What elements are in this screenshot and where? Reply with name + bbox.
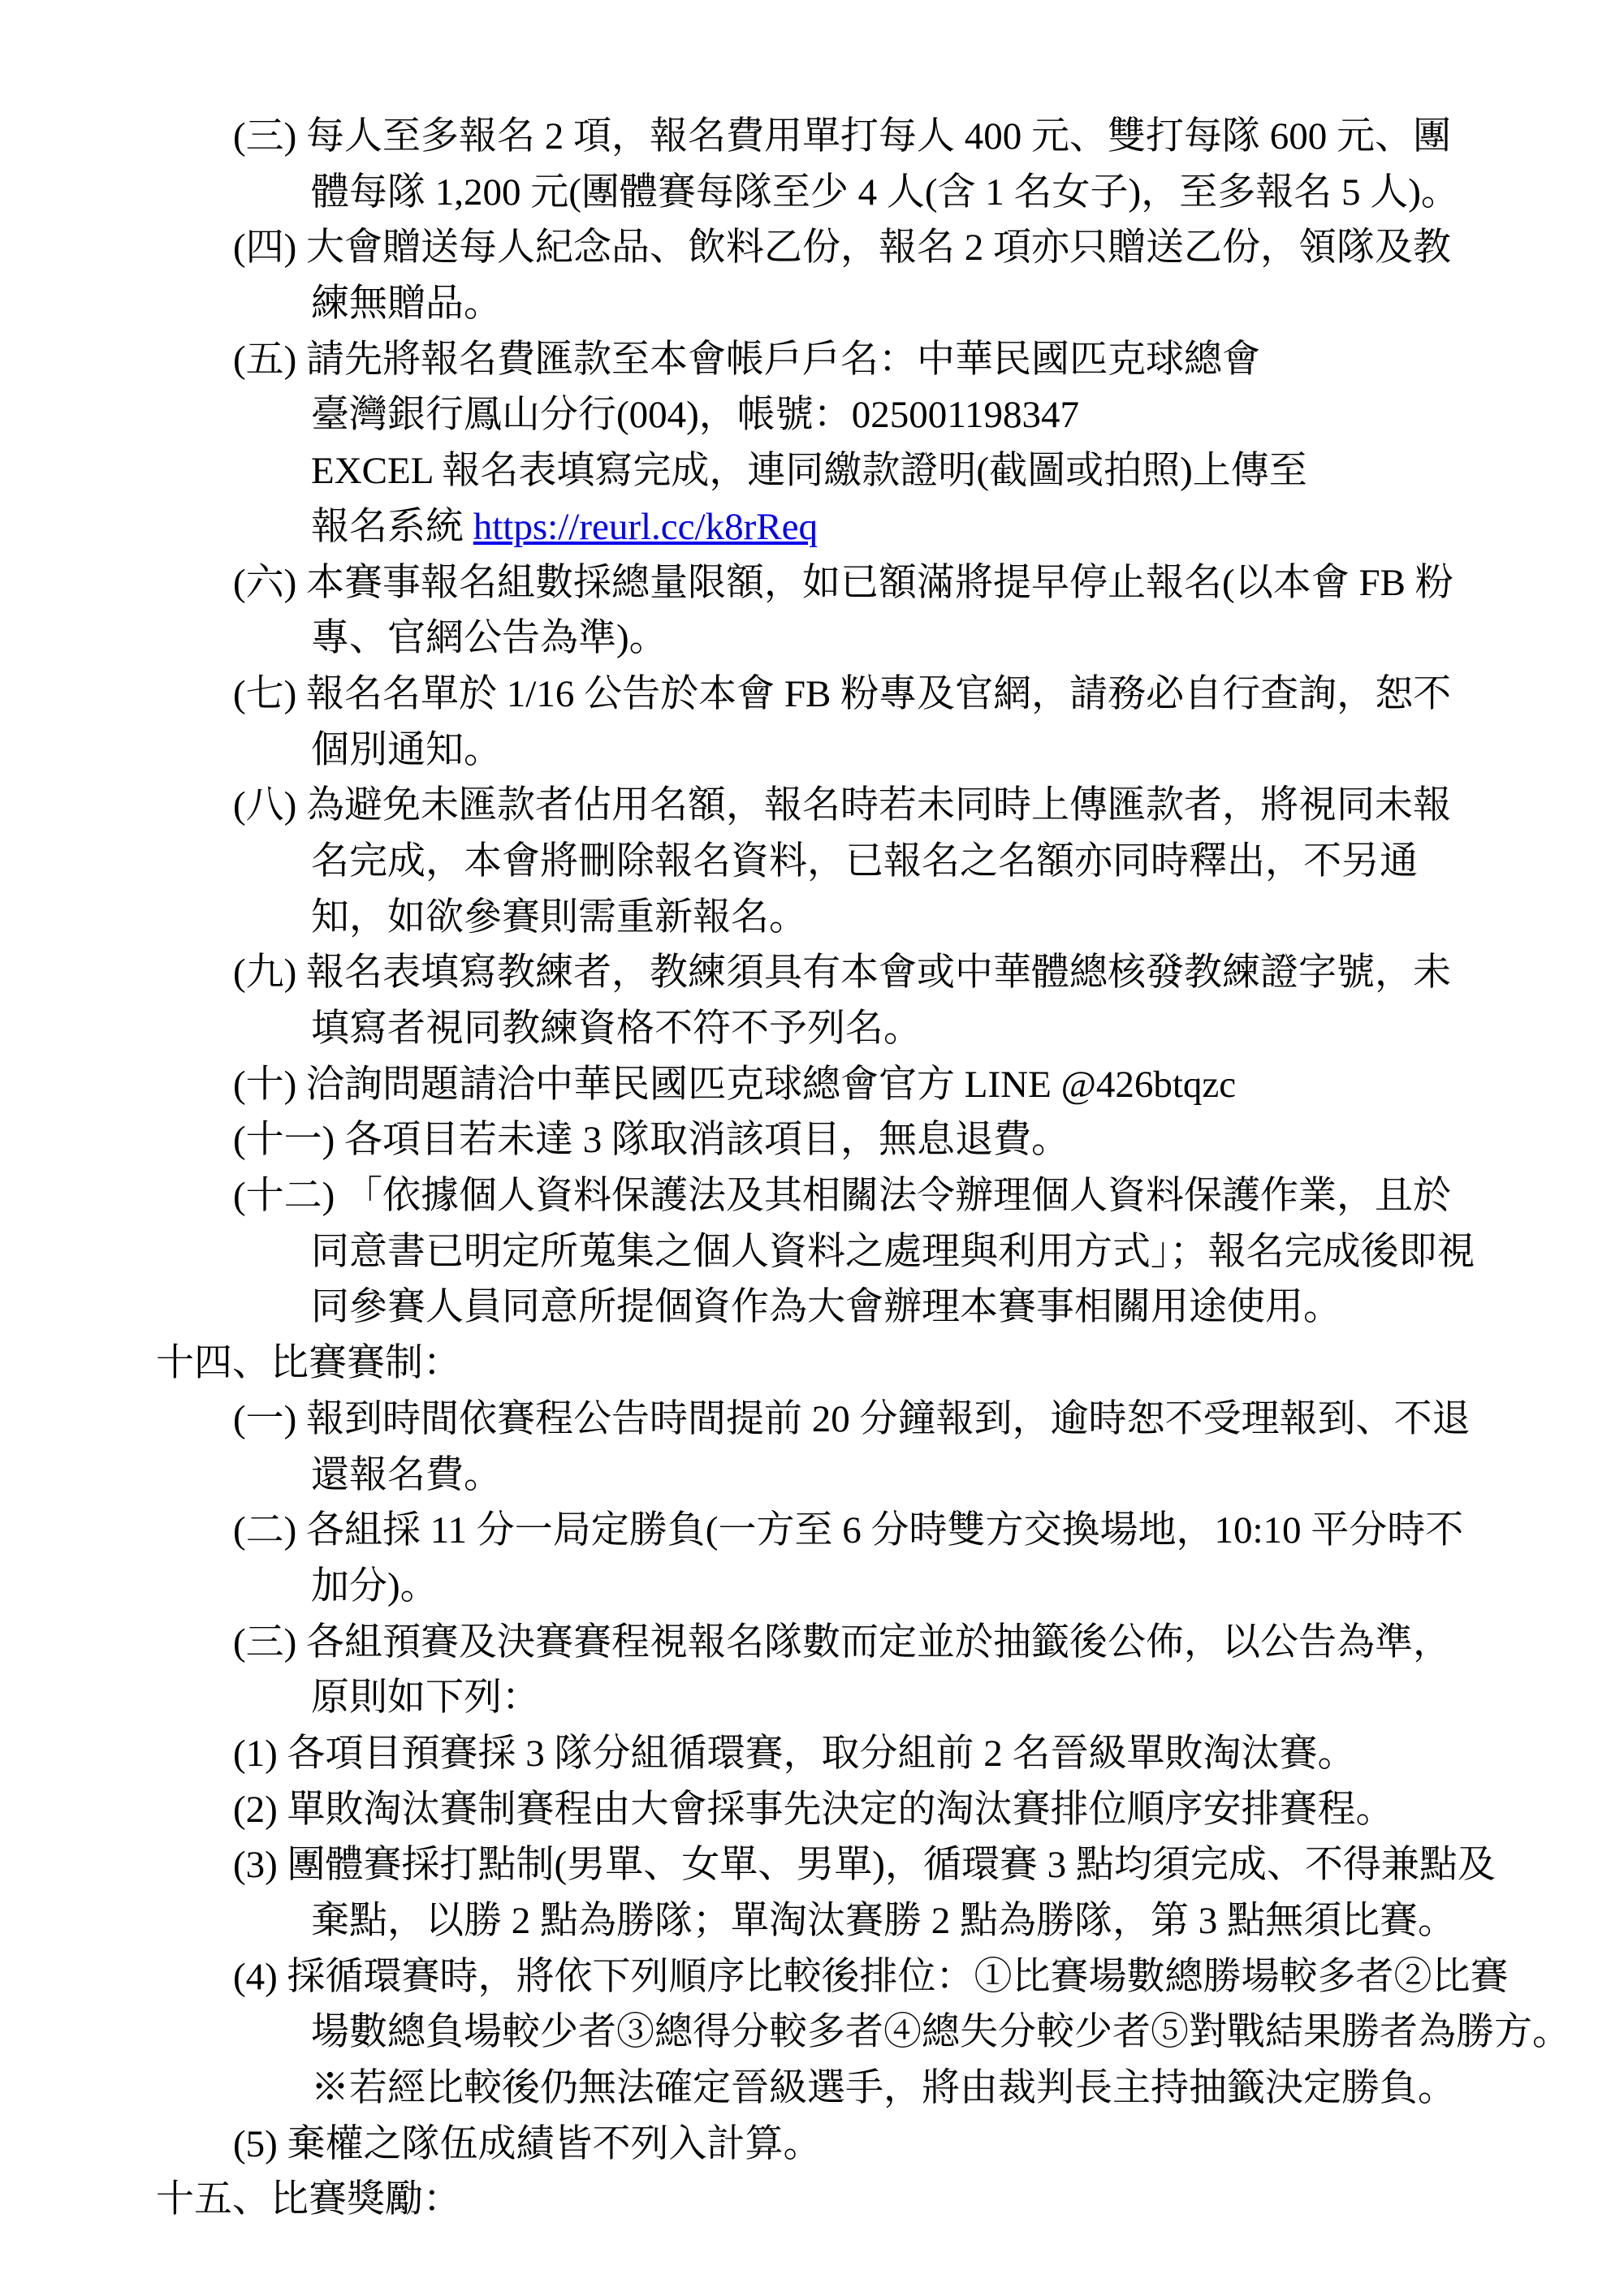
line-text: (二) 各組採 11 分一局定勝負(一方至 6 分時雙方交換場地，10:10 平…	[233, 1509, 1463, 1552]
text-line: 原則如下列：	[0, 1670, 1520, 1726]
text-line: 練無贈品。	[0, 276, 1520, 332]
text-line: (四) 大會贈送每人紀念品、飲料乙份，報名 2 項亦只贈送乙份，領隊及教	[0, 220, 1520, 276]
line-text: ※若經比較後仍無法確定晉級選手，將由裁判長主持抽籤決定勝負。	[311, 2067, 1456, 2109]
text-line: (三) 每人至多報名 2 項，報名費用單打每人 400 元、雙打每隊 600 元…	[0, 109, 1520, 165]
document-page: (三) 每人至多報名 2 項，報名費用單打每人 400 元、雙打每隊 600 元…	[0, 0, 1624, 2296]
text-line: (2) 單敗淘汰賽制賽程由大會採事先決定的淘汰賽排位順序安排賽程。	[0, 1782, 1520, 1838]
text-line: (十一) 各項目若未達 3 隊取消該項目，無息退費。	[0, 1112, 1520, 1168]
line-text: 填寫者視同教練資格不符不予列名。	[311, 1008, 922, 1050]
text-line: 棄點，以勝 2 點為勝隊；單淘汰賽勝 2 點為勝隊，第 3 點無須比賽。	[0, 1893, 1520, 1949]
text-line: (三) 各組預賽及決賽賽程視報名隊數而定並於抽籤後公佈，以公告為準，	[0, 1615, 1520, 1671]
line-text: (3) 團體賽採打點制(男單、女單、男單)，循環賽 3 點均須完成、不得兼點及	[233, 1844, 1496, 1886]
text-line: ※若經比較後仍無法確定晉級選手，將由裁判長主持抽籤決定勝負。	[0, 2061, 1520, 2117]
line-text: 十五、比賽獎勵：	[156, 2178, 461, 2220]
text-line: (5) 棄權之隊伍成績皆不列入計算。	[0, 2117, 1520, 2173]
text-line: 加分)。	[0, 1559, 1520, 1615]
text-line: (4) 採循環賽時，將依下列順序比較後排位：①比賽場數總勝場較多者②比賽	[0, 1949, 1520, 2005]
text-line: 同意書已明定所蒐集之個人資料之處理與利用方式」；報名完成後即視	[0, 1224, 1520, 1280]
text-line: (六) 本賽事報名組數採總量限額，如已額滿將提早停止報名(以本會 FB 粉	[0, 555, 1520, 611]
line-text: (4) 採循環賽時，將依下列順序比較後排位：①比賽場數總勝場較多者②比賽	[233, 1956, 1509, 1998]
text-line: (十二) 「依據個人資料保護法及其相關法令辦理個人資料保護作業，且於	[0, 1168, 1520, 1224]
text-line: (八) 為避免未匯款者佔用名額，報名時若未同時上傳匯款者，將視同未報	[0, 778, 1520, 834]
line-text: 棄點，以勝 2 點為勝隊；單淘汰賽勝 2 點為勝隊，第 3 點無須比賽。	[311, 1900, 1456, 1942]
text-line: (1) 各項目預賽採 3 隊分組循環賽，取分組前 2 名晉級單敗淘汰賽。	[0, 1726, 1520, 1782]
line-text: (三) 每人至多報名 2 項，報名費用單打每人 400 元、雙打每隊 600 元…	[233, 115, 1451, 158]
line-text: 加分)。	[311, 1565, 438, 1608]
text-line: (七) 報名名單於 1/16 公告於本會 FB 粉專及官網，請務必自行查詢，恕不	[0, 667, 1520, 723]
line-text: (六) 本賽事報名組數採總量限額，如已額滿將提早停止報名(以本會 FB 粉	[233, 562, 1453, 604]
text-line: 體每隊 1,200 元(團體賽每隊至少 4 人(含 1 名女子)，至多報名 5 …	[0, 165, 1520, 221]
text-line: 個別通知。	[0, 723, 1520, 779]
text-line: 報名系統 https://reurl.cc/k8rReq	[0, 499, 1520, 555]
line-text: (十二) 「依據個人資料保護法及其相關法令辦理個人資料保護作業，且於	[233, 1175, 1451, 1217]
line-text: (三) 各組預賽及決賽賽程視報名隊數而定並於抽籤後公佈，以公告為準，	[233, 1621, 1451, 1664]
line-text: (2) 單敗淘汰賽制賽程由大會採事先決定的淘汰賽排位順序安排賽程。	[233, 1789, 1394, 1831]
line-text: (1) 各項目預賽採 3 隊分組循環賽，取分組前 2 名晉級單敗淘汰賽。	[233, 1733, 1356, 1775]
text-line: 同參賽人員同意所提個資作為大會辦理本賽事相關用途使用。	[0, 1280, 1520, 1336]
text-line: 還報名費。	[0, 1448, 1520, 1504]
line-text: 同意書已明定所蒐集之個人資料之處理與利用方式」；報名完成後即視	[311, 1231, 1475, 1273]
line-text: (八) 為避免未匯款者佔用名額，報名時若未同時上傳匯款者，將視同未報	[233, 784, 1451, 826]
line-text: 十四、比賽賽制：	[156, 1342, 461, 1384]
registration-system-link[interactable]: https://reurl.cc/k8rReq	[473, 506, 818, 548]
text-line: EXCEL 報名表填寫完成，連同繳款證明(截圖或拍照)上傳至	[0, 443, 1520, 499]
text-line: (一) 報到時間依賽程公告時間提前 20 分鐘報到，逾時恕不受理報到、不退	[0, 1392, 1520, 1448]
text-line: 填寫者視同教練資格不符不予列名。	[0, 1001, 1520, 1057]
text-line: 知，如欲參賽則需重新報名。	[0, 890, 1520, 946]
line-text: (5) 棄權之隊伍成績皆不列入計算。	[233, 2123, 822, 2165]
line-text: EXCEL 報名表填寫完成，連同繳款證明(截圖或拍照)上傳至	[311, 450, 1307, 492]
document-body: (三) 每人至多報名 2 項，報名費用單打每人 400 元、雙打每隊 600 元…	[0, 109, 1520, 2228]
line-text: 知，如欲參賽則需重新報名。	[311, 896, 807, 939]
section-heading: 十四、比賽賽制：	[0, 1336, 1520, 1392]
line-text: 個別通知。	[311, 729, 502, 771]
line-text: 名完成，本會將刪除報名資料，已報名之名額亦同時釋出，不另通	[311, 840, 1418, 883]
text-line: (十) 洽詢問題請洽中華民國匹克球總會官方 LINE @426btqzc	[0, 1057, 1520, 1113]
text-line: 場數總負場較少者③總得分較多者④總失分較少者⑤對戰結果勝者為勝方。	[0, 2005, 1520, 2061]
text-line: 專、官網公告為準)。	[0, 611, 1520, 667]
line-text: (七) 報名名單於 1/16 公告於本會 FB 粉專及官網，請務必自行查詢，恕不	[233, 673, 1451, 715]
line-text: (四) 大會贈送每人紀念品、飲料乙份，報名 2 項亦只贈送乙份，領隊及教	[233, 227, 1451, 269]
line-text: 報名系統	[311, 506, 473, 548]
text-line: (五) 請先將報名費匯款至本會帳戶戶名：中華民國匹克球總會	[0, 332, 1520, 388]
text-line: 名完成，本會將刪除報名資料，已報名之名額亦同時釋出，不另通	[0, 834, 1520, 890]
line-text: 體每隊 1,200 元(團體賽每隊至少 4 人(含 1 名女子)，至多報名 5 …	[311, 171, 1459, 214]
line-text: 臺灣銀行鳳山分行(004)，帳號：025001198347	[311, 394, 1079, 436]
text-line: (3) 團體賽採打點制(男單、女單、男單)，循環賽 3 點均須完成、不得兼點及	[0, 1837, 1520, 1893]
line-text: 還報名費。	[311, 1454, 502, 1496]
line-text: (十) 洽詢問題請洽中華民國匹克球總會官方 LINE @426btqzc	[233, 1064, 1236, 1106]
line-text: 原則如下列：	[311, 1677, 540, 1719]
text-line: (二) 各組採 11 分一局定勝負(一方至 6 分時雙方交換場地，10:10 平…	[0, 1503, 1520, 1559]
line-text: 同參賽人員同意所提個資作為大會辦理本賽事相關用途使用。	[311, 1286, 1341, 1328]
line-text: (十一) 各項目若未達 3 隊取消該項目，無息退費。	[233, 1119, 1069, 1161]
line-text: 練無贈品。	[311, 283, 502, 325]
section-heading: 十五、比賽獎勵：	[0, 2172, 1520, 2228]
text-line: (九) 報名表填寫教練者，教練須具有本會或中華體總核發教練證字號，未	[0, 945, 1520, 1001]
line-text: (一) 報到時間依賽程公告時間提前 20 分鐘報到，逾時恕不受理報到、不退	[233, 1398, 1471, 1440]
text-line: 臺灣銀行鳳山分行(004)，帳號：025001198347	[0, 387, 1520, 443]
line-text: (九) 報名表填寫教練者，教練須具有本會或中華體總核發教練證字號，未	[233, 952, 1451, 994]
line-text: 專、官網公告為準)。	[311, 617, 667, 659]
line-text: 場數總負場較少者③總得分較多者④總失分較少者⑤對戰結果勝者為勝方。	[311, 2011, 1570, 2053]
line-text: (五) 請先將報名費匯款至本會帳戶戶名：中華民國匹克球總會	[233, 339, 1260, 381]
